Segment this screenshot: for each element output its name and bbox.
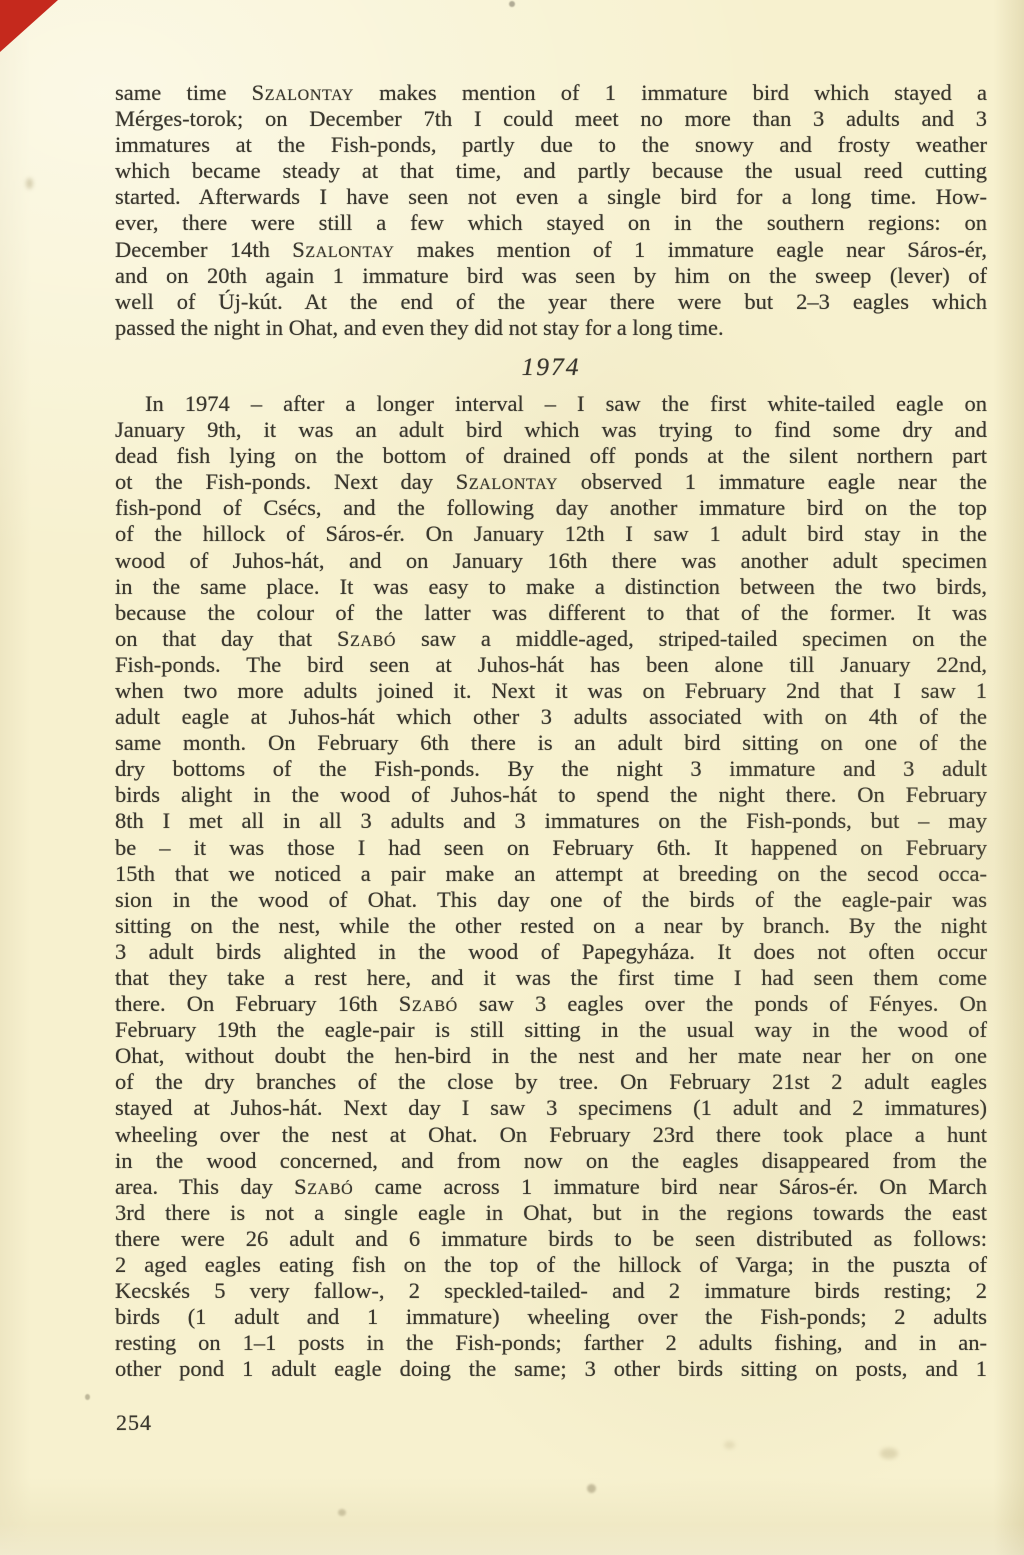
text-line: same month. On February 6th there is an … (115, 730, 987, 756)
text-line: and on 20th again 1 immature bird was se… (115, 263, 987, 289)
text-line: 15th that we noticed a pair make an atte… (115, 861, 987, 887)
page-text-block: same time Szalontay makes mention of 1 i… (115, 80, 987, 1383)
paper-speck (26, 178, 33, 189)
text-line: in the wood concerned, and from now on t… (115, 1148, 987, 1174)
paragraph-1974: In 1974 – after a longer interval – I sa… (115, 391, 987, 1383)
text-line: birds alight in the wood of Juhos-hát to… (115, 782, 987, 808)
small-caps-name: Szabó (399, 991, 458, 1016)
paper-speck (509, 1, 515, 7)
text-line: Fish-ponds. The bird seen at Juhos-hát h… (115, 652, 987, 678)
page-number: 254 (116, 1410, 152, 1436)
text-line: ot the Fish-ponds. Next day Szalontay ob… (115, 469, 987, 495)
small-caps-name: Szabó (294, 1174, 353, 1199)
paragraph-continuation: same time Szalontay makes mention of 1 i… (115, 80, 987, 341)
text-line: passed the night in Ohat, and even they … (115, 315, 987, 341)
book-page: same time Szalontay makes mention of 1 i… (0, 0, 1024, 1555)
text-line: 2 aged eagles eating fish on the top of … (115, 1252, 987, 1278)
text-line: area. This day Szabó came across 1 immat… (115, 1174, 987, 1200)
text-line: same time Szalontay makes mention of 1 i… (115, 80, 987, 106)
text-line: other pond 1 adult eagle doing the same;… (115, 1356, 987, 1382)
text-line: Mérges-torok; on December 7th I could me… (115, 106, 987, 132)
text-line: which became steady at that time, and pa… (115, 158, 987, 184)
text-line: fish-pond of Csécs, and the following da… (115, 495, 987, 521)
text-line: Kecskés 5 very fallow-, 2 speckled-taile… (115, 1278, 987, 1304)
text-line: there. On February 16th Szabó saw 3 eagl… (115, 991, 987, 1017)
small-caps-name: Szalontay (292, 237, 394, 262)
text-line: of the dry branches of the close by tree… (115, 1069, 987, 1095)
text-line: that they take a rest here, and it was t… (115, 965, 987, 991)
text-line: ever, there were still a few which staye… (115, 210, 987, 236)
small-caps-name: Szalontay (252, 80, 354, 105)
text-line: sitting on the nest, while the other res… (115, 913, 987, 939)
text-line: in the same place. It was easy to make a… (115, 574, 987, 600)
text-line: well of Új-kút. At the end of the year t… (115, 289, 987, 315)
year-section-heading: 1974 (115, 354, 987, 380)
text-line: Ohat, without doubt the hen-bird in the … (115, 1043, 987, 1069)
text-line: because the colour of the latter was dif… (115, 600, 987, 626)
small-caps-name: Szalontay (456, 469, 558, 494)
text-line: when two more adults joined it. Next it … (115, 678, 987, 704)
red-corner-mark (0, 0, 58, 52)
text-line: on that day that Szabó saw a middle-aged… (115, 626, 987, 652)
text-line: birds (1 adult and 1 immature) wheeling … (115, 1304, 987, 1330)
text-line: December 14th Szalontay makes mention of… (115, 237, 987, 263)
paper-speck (724, 1441, 735, 1449)
text-line: adult eagle at Juhos-hát which other 3 a… (115, 704, 987, 730)
text-line: February 19th the eagle-pair is still si… (115, 1017, 987, 1043)
paper-speck (587, 1484, 596, 1493)
small-caps-name: Szabó (337, 626, 396, 651)
text-line: there were 26 adult and 6 immature birds… (115, 1226, 987, 1252)
text-line: January 9th, it was an adult bird which … (115, 417, 987, 443)
text-line: 3 adult birds alighted in the wood of Pa… (115, 939, 987, 965)
text-line: wheeling over the nest at Ohat. On Febru… (115, 1122, 987, 1148)
text-line: started. Afterwards I have seen not even… (115, 184, 987, 210)
text-line: stayed at Juhos-hát. Next day I saw 3 sp… (115, 1095, 987, 1121)
text-line: be – it was those I had seen on February… (115, 835, 987, 861)
text-line: dry bottoms of the Fish-ponds. By the ni… (115, 756, 987, 782)
paper-speck (338, 1509, 346, 1516)
text-line: 3rd there is not a single eagle in Ohat,… (115, 1200, 987, 1226)
text-line: 8th I met all in all 3 adults and 3 imma… (115, 808, 987, 834)
text-line: resting on 1–1 posts in the Fish-ponds; … (115, 1330, 987, 1356)
text-line: immatures at the Fish-ponds, partly due … (115, 132, 987, 158)
text-line: wood of Juhos-hát, and on January 16th t… (115, 548, 987, 574)
text-line: of the hillock of Sáros-ér. On January 1… (115, 521, 987, 547)
paper-speck (880, 1448, 898, 1459)
text-line: sion in the wood of Ohat. This day one o… (115, 887, 987, 913)
paper-speck (85, 1394, 90, 1400)
text-line: In 1974 – after a longer interval – I sa… (115, 391, 987, 417)
text-line: dead fish lying on the bottom of drained… (115, 443, 987, 469)
